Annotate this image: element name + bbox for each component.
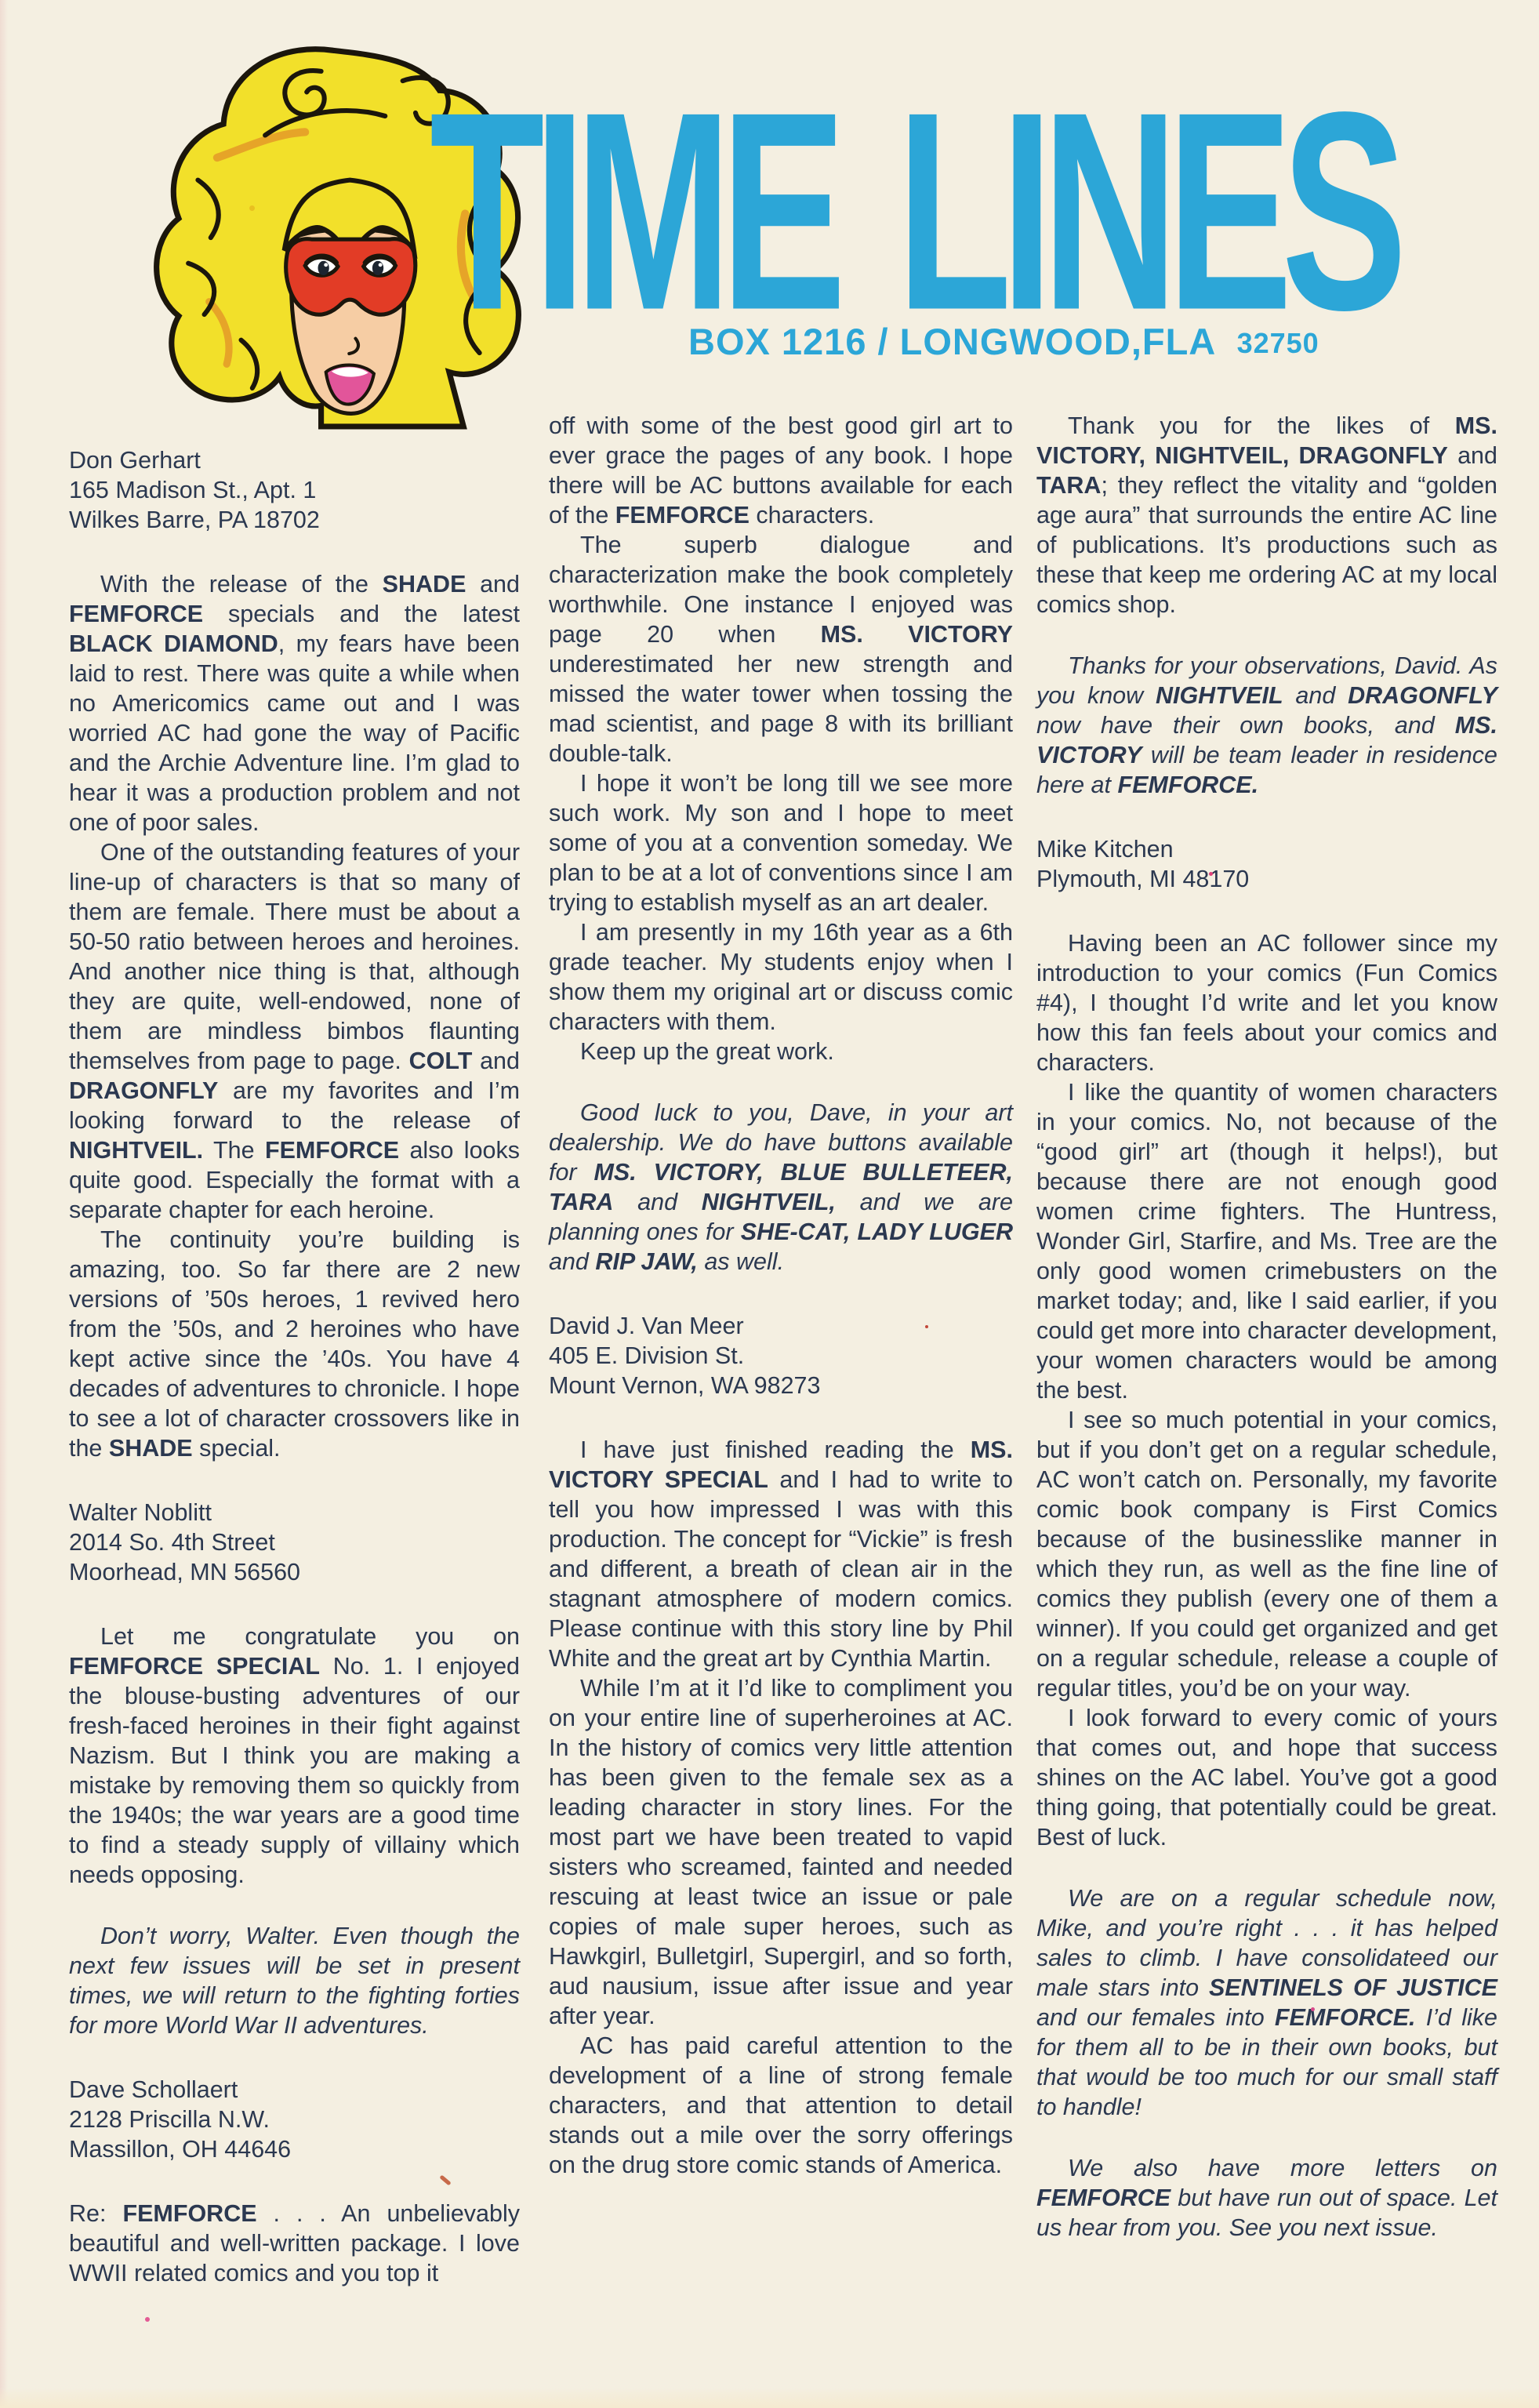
- letter-paragraph: Thank you for the likes of MS. VICTORY, …: [1036, 411, 1497, 619]
- letter-paragraph: I have just finished reading the MS. VIC…: [549, 1435, 1013, 1673]
- address-line: David J. Van Meer: [549, 1311, 1013, 1341]
- letters-page: { "page": { "bg": "#f4efe1", "ink": "#2b…: [0, 0, 1539, 2408]
- editor-reply-paragraph: We are on a regular schedule now, Mike, …: [1036, 1883, 1497, 2122]
- paper-speck: [145, 2317, 150, 2322]
- address-line: 2014 So. 4th Street: [69, 1527, 520, 1557]
- letter-paragraph: Having been an AC follower since my intr…: [1036, 928, 1497, 1077]
- editor-reply-paragraph: Don’t worry, Walter. Even though the nex…: [69, 1921, 520, 2040]
- letter-paragraph: While I’m at it I’d like to compliment y…: [549, 1673, 1013, 2031]
- po-box-text: BOX 1216 / LONGWOOD,FLA: [688, 321, 1215, 362]
- paper-speck: [1209, 872, 1213, 876]
- editor-reply-paragraph: We also have more letters on FEMFORCE bu…: [1036, 2153, 1497, 2243]
- letter-paragraph: Let me congratulate you on FEMFORCE SPEC…: [69, 1622, 520, 1890]
- letters-column-2: off with some of the best good girl art …: [549, 411, 1013, 2180]
- address-line: 2128 Priscilla N.W.: [69, 2105, 520, 2134]
- zip-code: 32750: [1237, 327, 1319, 359]
- paper-speck: [249, 205, 255, 211]
- letter-writer-address: David J. Van Meer405 E. Division St.Moun…: [549, 1311, 1013, 1400]
- page-title: TIME LINES: [430, 70, 1396, 352]
- editor-reply-paragraph: Thanks for your observations, David. As …: [1036, 651, 1497, 800]
- address-line: 165 Madison St., Apt. 1: [69, 475, 520, 505]
- address-line: Mount Vernon, WA 98273: [549, 1371, 1013, 1400]
- paper-speck: [925, 1325, 928, 1328]
- address-line: 405 E. Division St.: [549, 1341, 1013, 1371]
- letter-paragraph: off with some of the best good girl art …: [549, 411, 1013, 530]
- letter-paragraph: I see so much potential in your comics, …: [1036, 1405, 1497, 1703]
- letter-paragraph: Keep up the great work.: [549, 1037, 1013, 1066]
- letter-writer-address: Don Gerhart165 Madison St., Apt. 1Wilkes…: [69, 445, 520, 535]
- address-line: Mike Kitchen: [1036, 834, 1497, 864]
- address-line: Massillon, OH 44646: [69, 2134, 520, 2164]
- address-line: Dave Schollaert: [69, 2075, 520, 2105]
- letter-paragraph: One of the outstanding features of your …: [69, 837, 520, 1225]
- letter-paragraph: I look forward to every comic of yours t…: [1036, 1703, 1497, 1852]
- letter-paragraph: Re: FEMFORCE . . . An unbelievably beaut…: [69, 2199, 520, 2288]
- letters-column-3: Thank you for the likes of MS. VICTORY, …: [1036, 411, 1497, 2274]
- address-line: Wilkes Barre, PA 18702: [69, 505, 520, 535]
- letter-writer-address: Dave Schollaert2128 Priscilla N.W.Massil…: [69, 2075, 520, 2164]
- letter-paragraph: AC has paid careful attention to the dev…: [549, 2031, 1013, 2180]
- letters-column-1: Don Gerhart165 Madison St., Apt. 1Wilkes…: [69, 411, 520, 2288]
- editor-reply-paragraph: Good luck to you, Dave, in your art deal…: [549, 1098, 1013, 1277]
- address-line: Plymouth, MI 48170: [1036, 864, 1497, 894]
- scan-edge-tint-left: [0, 0, 8, 2408]
- letter-writer-address: Walter Noblitt2014 So. 4th StreetMoorhea…: [69, 1498, 520, 1587]
- letter-writer-address: Mike KitchenPlymouth, MI 48170: [1036, 834, 1497, 894]
- letter-paragraph: The continuity you’re building is amazin…: [69, 1225, 520, 1463]
- address-line: Don Gerhart: [69, 445, 520, 475]
- letter-paragraph: I am presently in my 16th year as a 6th …: [549, 917, 1013, 1037]
- letter-paragraph: I hope it won’t be long till we see more…: [549, 768, 1013, 917]
- address-line: Moorhead, MN 56560: [69, 1557, 520, 1587]
- mailing-address: BOX 1216 / LONGWOOD,FLA 32750: [688, 320, 1319, 363]
- letter-paragraph: With the release of the SHADE and FEMFOR…: [69, 569, 520, 837]
- paper-speck: [1311, 2007, 1315, 2011]
- scan-edge-tint-bottom: [0, 2388, 1539, 2408]
- letter-paragraph: The superb dialogue and characterization…: [549, 530, 1013, 768]
- letter-paragraph: I like the quantity of women characters …: [1036, 1077, 1497, 1405]
- address-line: Walter Noblitt: [69, 1498, 520, 1527]
